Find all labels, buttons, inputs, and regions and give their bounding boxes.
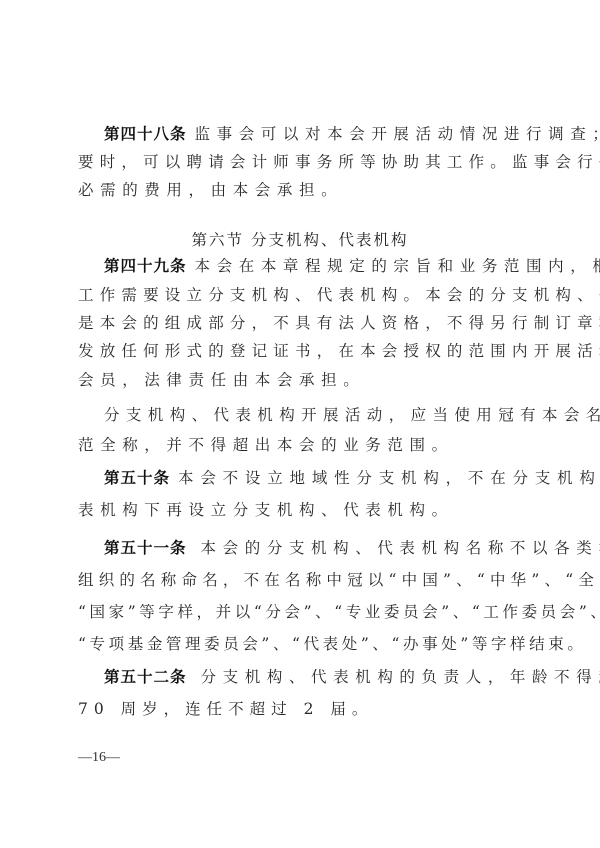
article-52-label: 第五十二条 [104, 668, 187, 686]
article-50-line-1: 第五十条本会不设立地域性分支机构，不在分支机构、代 [104, 468, 520, 488]
article-51-label: 第五十一条 [104, 539, 187, 557]
article-49-line-4: 发放任何形式的登记证书，在本会授权的范围内开展活动、发展 [78, 341, 520, 361]
article-48-line-3: 必需的费用，由本会承担。 [78, 180, 520, 200]
article-49-line-2: 工作需要设立分支机构、代表机构。本会的分支机构、代表机构 [78, 285, 520, 305]
article-49-line-3: 是本会的组成部分，不具有法人资格，不得另行制订章程，不得 [78, 313, 520, 333]
article-49-line-1: 第四十九条本会在本章程规定的宗旨和业务范围内，根据 [104, 256, 520, 276]
article-49-label: 第四十九条 [104, 257, 187, 275]
article-49-para2-line-2: 范全称，并不得超出本会的业务范围。 [78, 435, 520, 455]
article-49-line-5: 会员，法律责任由本会承担。 [78, 370, 520, 390]
article-50-line-2: 表机构下再设立分支机构、代表机构。 [78, 500, 520, 520]
article-48-text: 监事会可以对本会开展活动情况进行调查；必 [195, 125, 600, 143]
article-51-line-4: “专项基金管理委员会”、“代表处”、“办事处”等字样结束。 [78, 634, 520, 654]
article-48-label: 第四十八条 [104, 125, 187, 143]
article-52-line-1: 第五十二条分支机构、代表机构的负责人，年龄不得超过 [104, 667, 520, 687]
article-51-line-1: 第五十一条本会的分支机构、代表机构名称不以各类法人 [104, 538, 520, 558]
article-48-line-1: 第四十八条监事会可以对本会开展活动情况进行调查；必 [104, 124, 520, 144]
article-51-text: 本会的分支机构、代表机构名称不以各类法人 [201, 539, 600, 557]
article-52-text: 分支机构、代表机构的负责人，年龄不得超过 [201, 668, 600, 686]
article-49-para2-line-1: 分支机构、代表机构开展活动，应当使用冠有本会名称的规 [104, 405, 520, 425]
article-48-line-2: 要时，可以聘请会计师事务所等协助其工作。监事会行使职权所 [78, 152, 520, 172]
article-52-line-2: 70 周岁，连任不超过 2 届。 [78, 699, 520, 719]
article-50-text: 本会不设立地域性分支机构，不在分支机构、代 [178, 469, 600, 487]
article-50-label: 第五十条 [104, 469, 170, 487]
article-49-text: 本会在本章程规定的宗旨和业务范围内，根据 [195, 257, 600, 275]
article-51-line-3: “国家”等字样，并以“分会”、“专业委员会”、“工作委员会”、 [78, 602, 520, 622]
article-51-line-2: 组织的名称命名，不在名称中冠以“中国”、“中华”、“全国”、 [78, 570, 520, 590]
page-number: —16— [78, 750, 120, 766]
document-page: 第四十八条监事会可以对本会开展活动情况进行调查；必 要时，可以聘请会计师事务所等… [0, 0, 600, 848]
section-heading: 第六节 分支机构、代表机构 [0, 228, 600, 250]
